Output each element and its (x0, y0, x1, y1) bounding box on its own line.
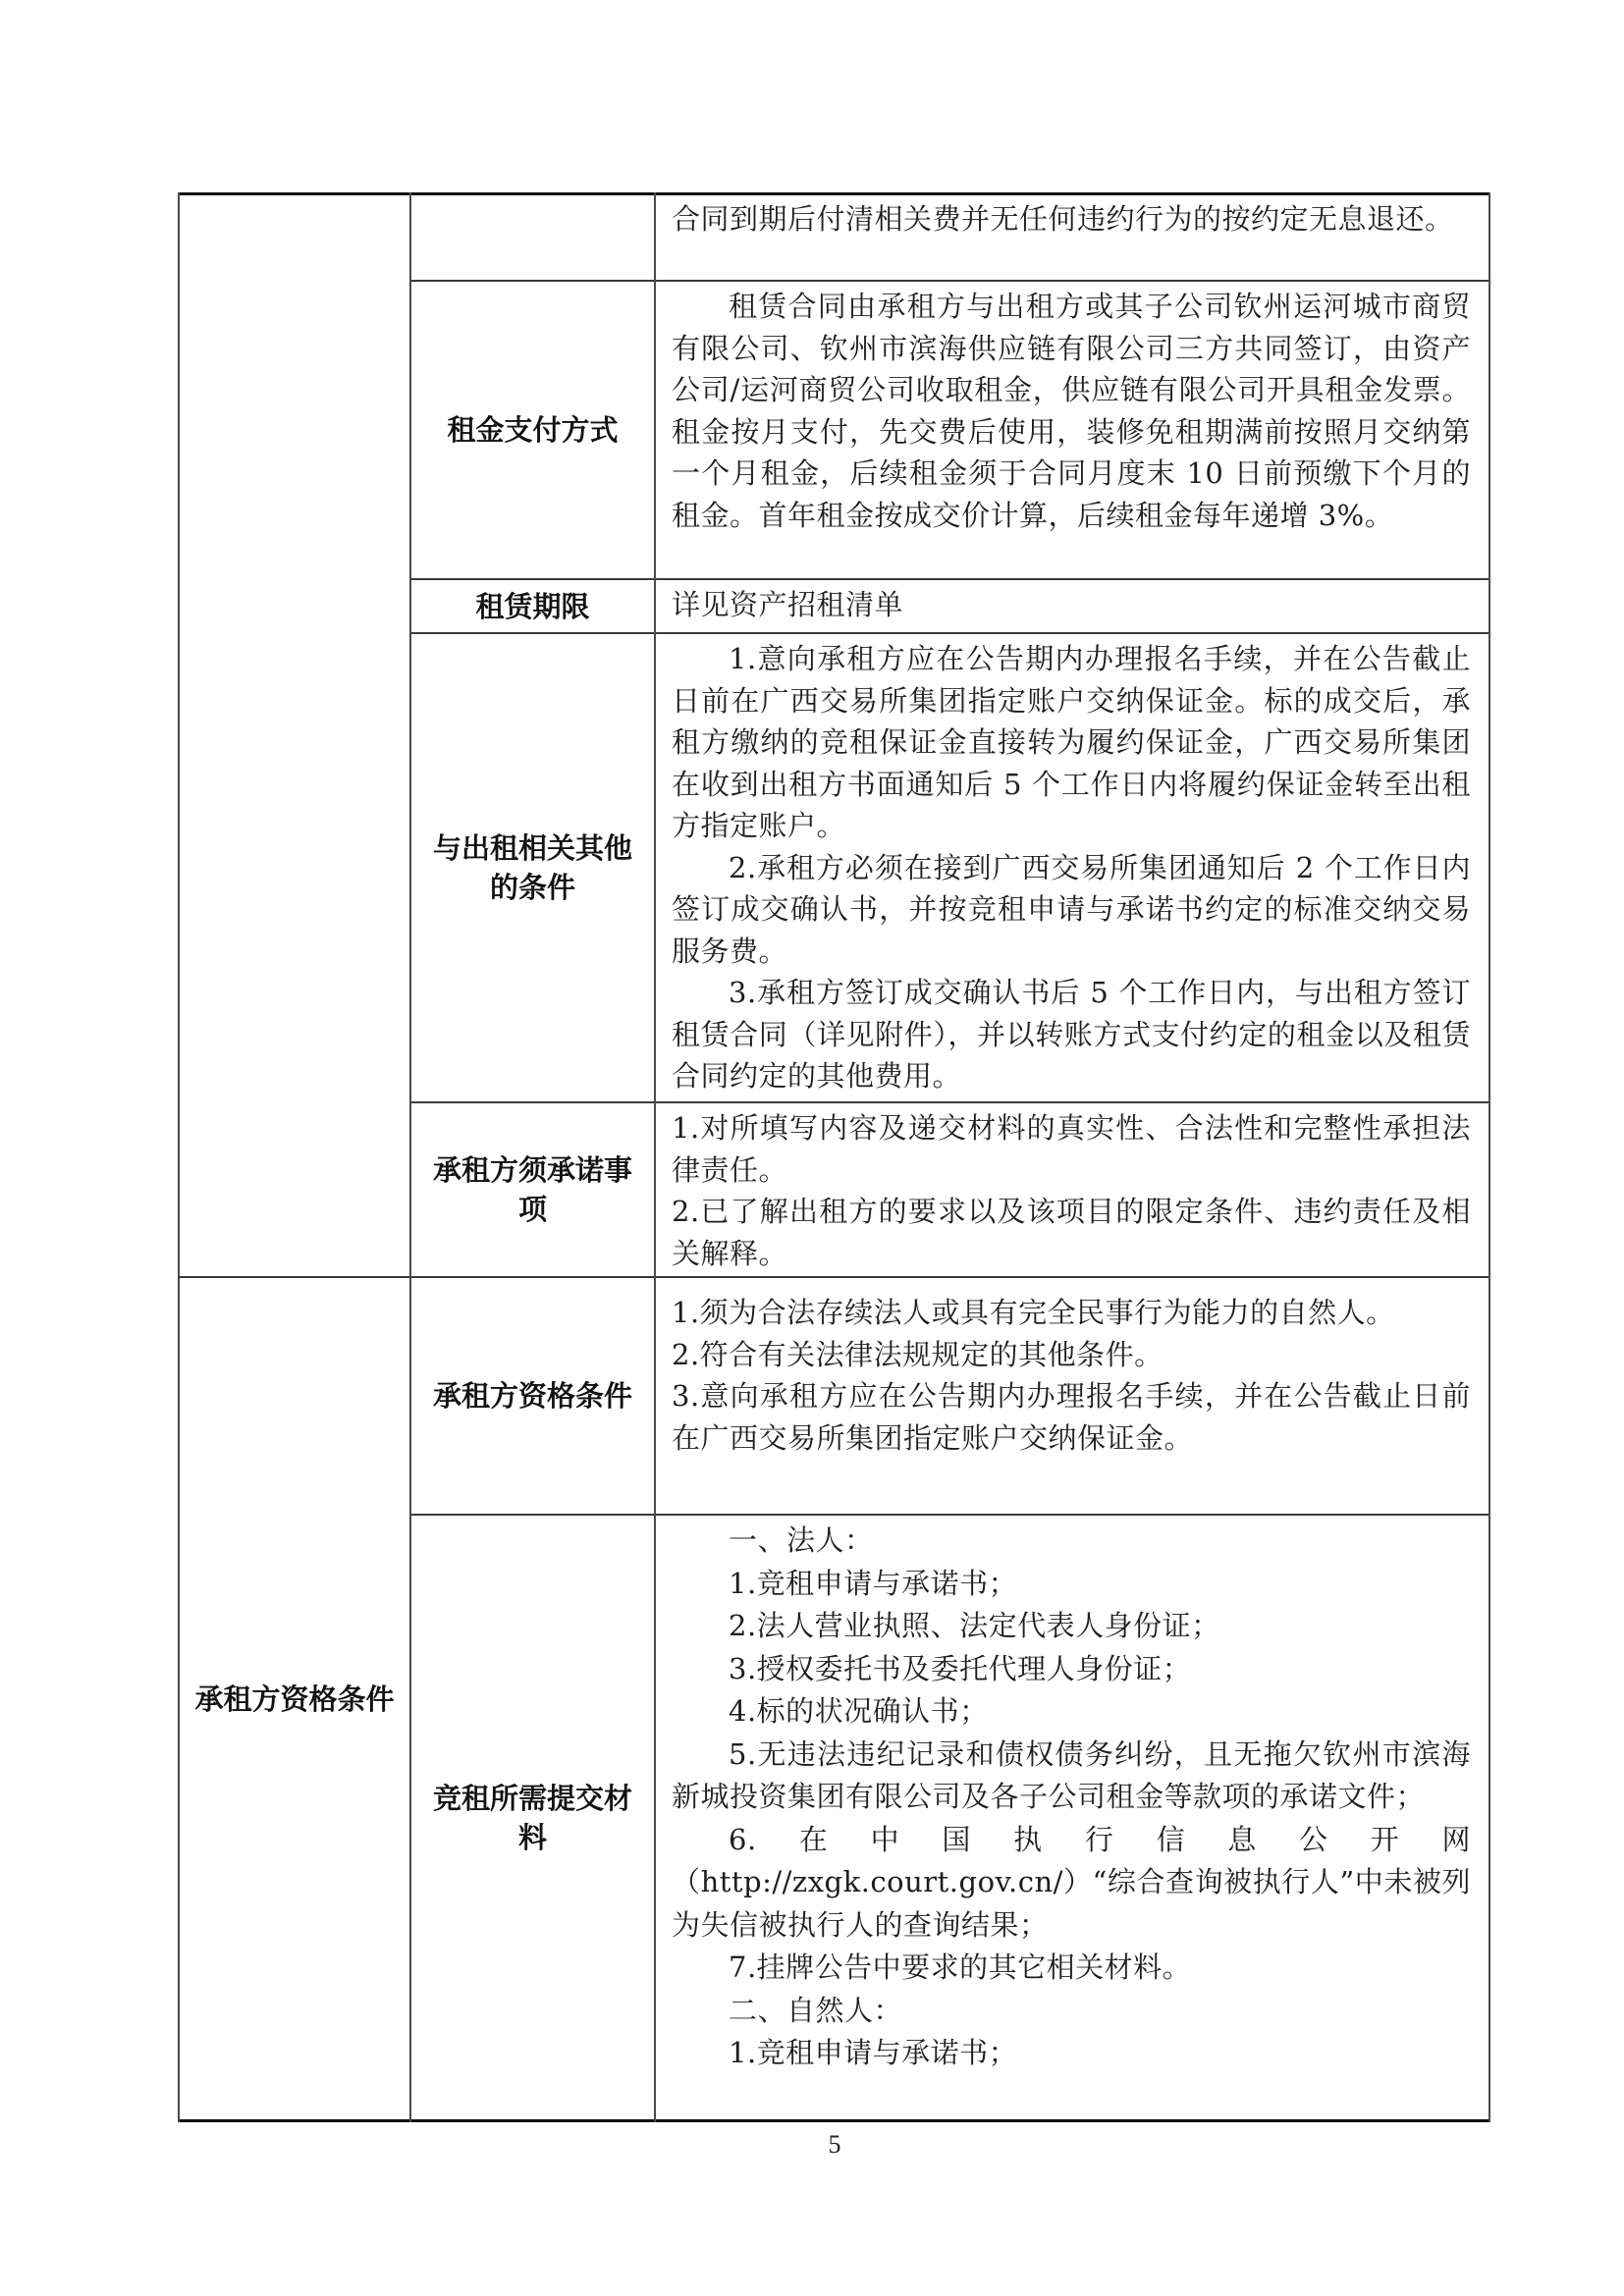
document-page: 承租方资格条件 合同到期后付清相关费并无任何违约行为的按约定无息退还。 租金支付… (0, 0, 1624, 2296)
paragraph: 1.须为合法存续法人或具有完全民事行为能力的自然人。 (672, 1292, 1471, 1334)
paragraph: 合同到期后付清相关费并无任何违约行为的按约定无息退还。 (672, 198, 1471, 240)
row-content-deposit-refund: 合同到期后付清相关费并无任何违约行为的按约定无息退还。 (656, 194, 1489, 280)
row-content-lessee-qualification: 1.须为合法存续法人或具有完全民事行为能力的自然人。 2.符合有关法律法规规定的… (656, 1278, 1489, 1514)
row-label-lease-term: 租赁期限 (411, 580, 654, 632)
paragraph: 2.法人营业执照、法定代表人身份证； (672, 1605, 1471, 1648)
row-label-rent-payment: 租金支付方式 (411, 282, 654, 578)
paragraph: 3.承租方签订成交确认书后 5 个工作日内，与出租方签订租赁合同（详见附件），并… (672, 972, 1471, 1097)
paragraph: 2.承租方必须在接到广西交易所集团通知后 2 个工作日内签订成交确认书，并按竞租… (672, 847, 1471, 973)
row-content-required-materials: 一、法人： 1.竞租申请与承诺书； 2.法人营业执照、法定代表人身份证； 3.授… (656, 1516, 1489, 2119)
row-label-other-conditions: 与出租相关其他的条件 (411, 634, 654, 1101)
section-label-qualification: 承租方资格条件 (180, 1278, 409, 2120)
section-label-text: 承租方资格条件 (194, 1680, 394, 1719)
paragraph: 1.竞租申请与承诺书； (672, 2032, 1471, 2075)
paragraph: 2.已了解出租方的要求以及该项目的限定条件、违约责任及相关解释。 (672, 1191, 1471, 1274)
row-content-lease-term: 详见资产招租清单 (656, 580, 1489, 632)
paragraph: 1.对所填写内容及递交材料的真实性、合法性和完整性承担法律责任。 (672, 1107, 1471, 1191)
paragraph: 3.意向承租方应在公告期内办理报名手续，并在公告截止日前在广西交易所集团指定账户… (672, 1375, 1471, 1459)
row-content-rent-payment: 租赁合同由承租方与出租方或其子公司钦州运河城市商贸有限公司、钦州市滨海供应链有限… (656, 282, 1489, 578)
paragraph: 一、法人： (672, 1520, 1471, 1563)
row-content-lessee-commitments: 1.对所填写内容及递交材料的真实性、合法性和完整性承担法律责任。 2.已了解出租… (656, 1103, 1489, 1276)
paragraph: 6.在中国执行信息公开网（http://zxgk.court.gov.cn/）“… (672, 1819, 1471, 1948)
paragraph: 二、自然人： (672, 1990, 1471, 2033)
paragraph: 4.标的状况确认书； (672, 1690, 1471, 1734)
row-label-lessee-commitments: 承租方须承诺事项 (411, 1103, 654, 1276)
paragraph: 租赁合同由承租方与出租方或其子公司钦州运河城市商贸有限公司、钦州市滨海供应链有限… (672, 286, 1471, 536)
row-label-required-materials: 竞租所需提交材料 (411, 1516, 654, 2119)
paragraph: 2.符合有关法律法规规定的其他条件。 (672, 1334, 1471, 1376)
paragraph: 7.挂牌公告中要求的其它相关材料。 (672, 1947, 1471, 1990)
row-label-continuation (411, 194, 654, 280)
paragraph: 详见资产招租清单 (672, 584, 1471, 626)
paragraph: 5.无违法违纪记录和债权债务纠纷，且无拖欠钦州市滨海新城投资集团有限公司及各子公… (672, 1734, 1471, 1819)
paragraph: 1.竞租申请与承诺书； (672, 1563, 1471, 1606)
row-label-lessee-qualification: 承租方资格条件 (411, 1278, 654, 1514)
page-number: 5 (823, 2130, 846, 2160)
paragraph: 1.意向承租方应在公告期内办理报名手续，并在公告截止日前在广西交易所集团指定账户… (672, 638, 1471, 847)
row-content-other-conditions: 1.意向承租方应在公告期内办理报名手续，并在公告截止日前在广西交易所集团指定账户… (656, 634, 1489, 1101)
table-right-border (1489, 192, 1490, 2122)
paragraph: 3.授权委托书及委托代理人身份证； (672, 1648, 1471, 1691)
